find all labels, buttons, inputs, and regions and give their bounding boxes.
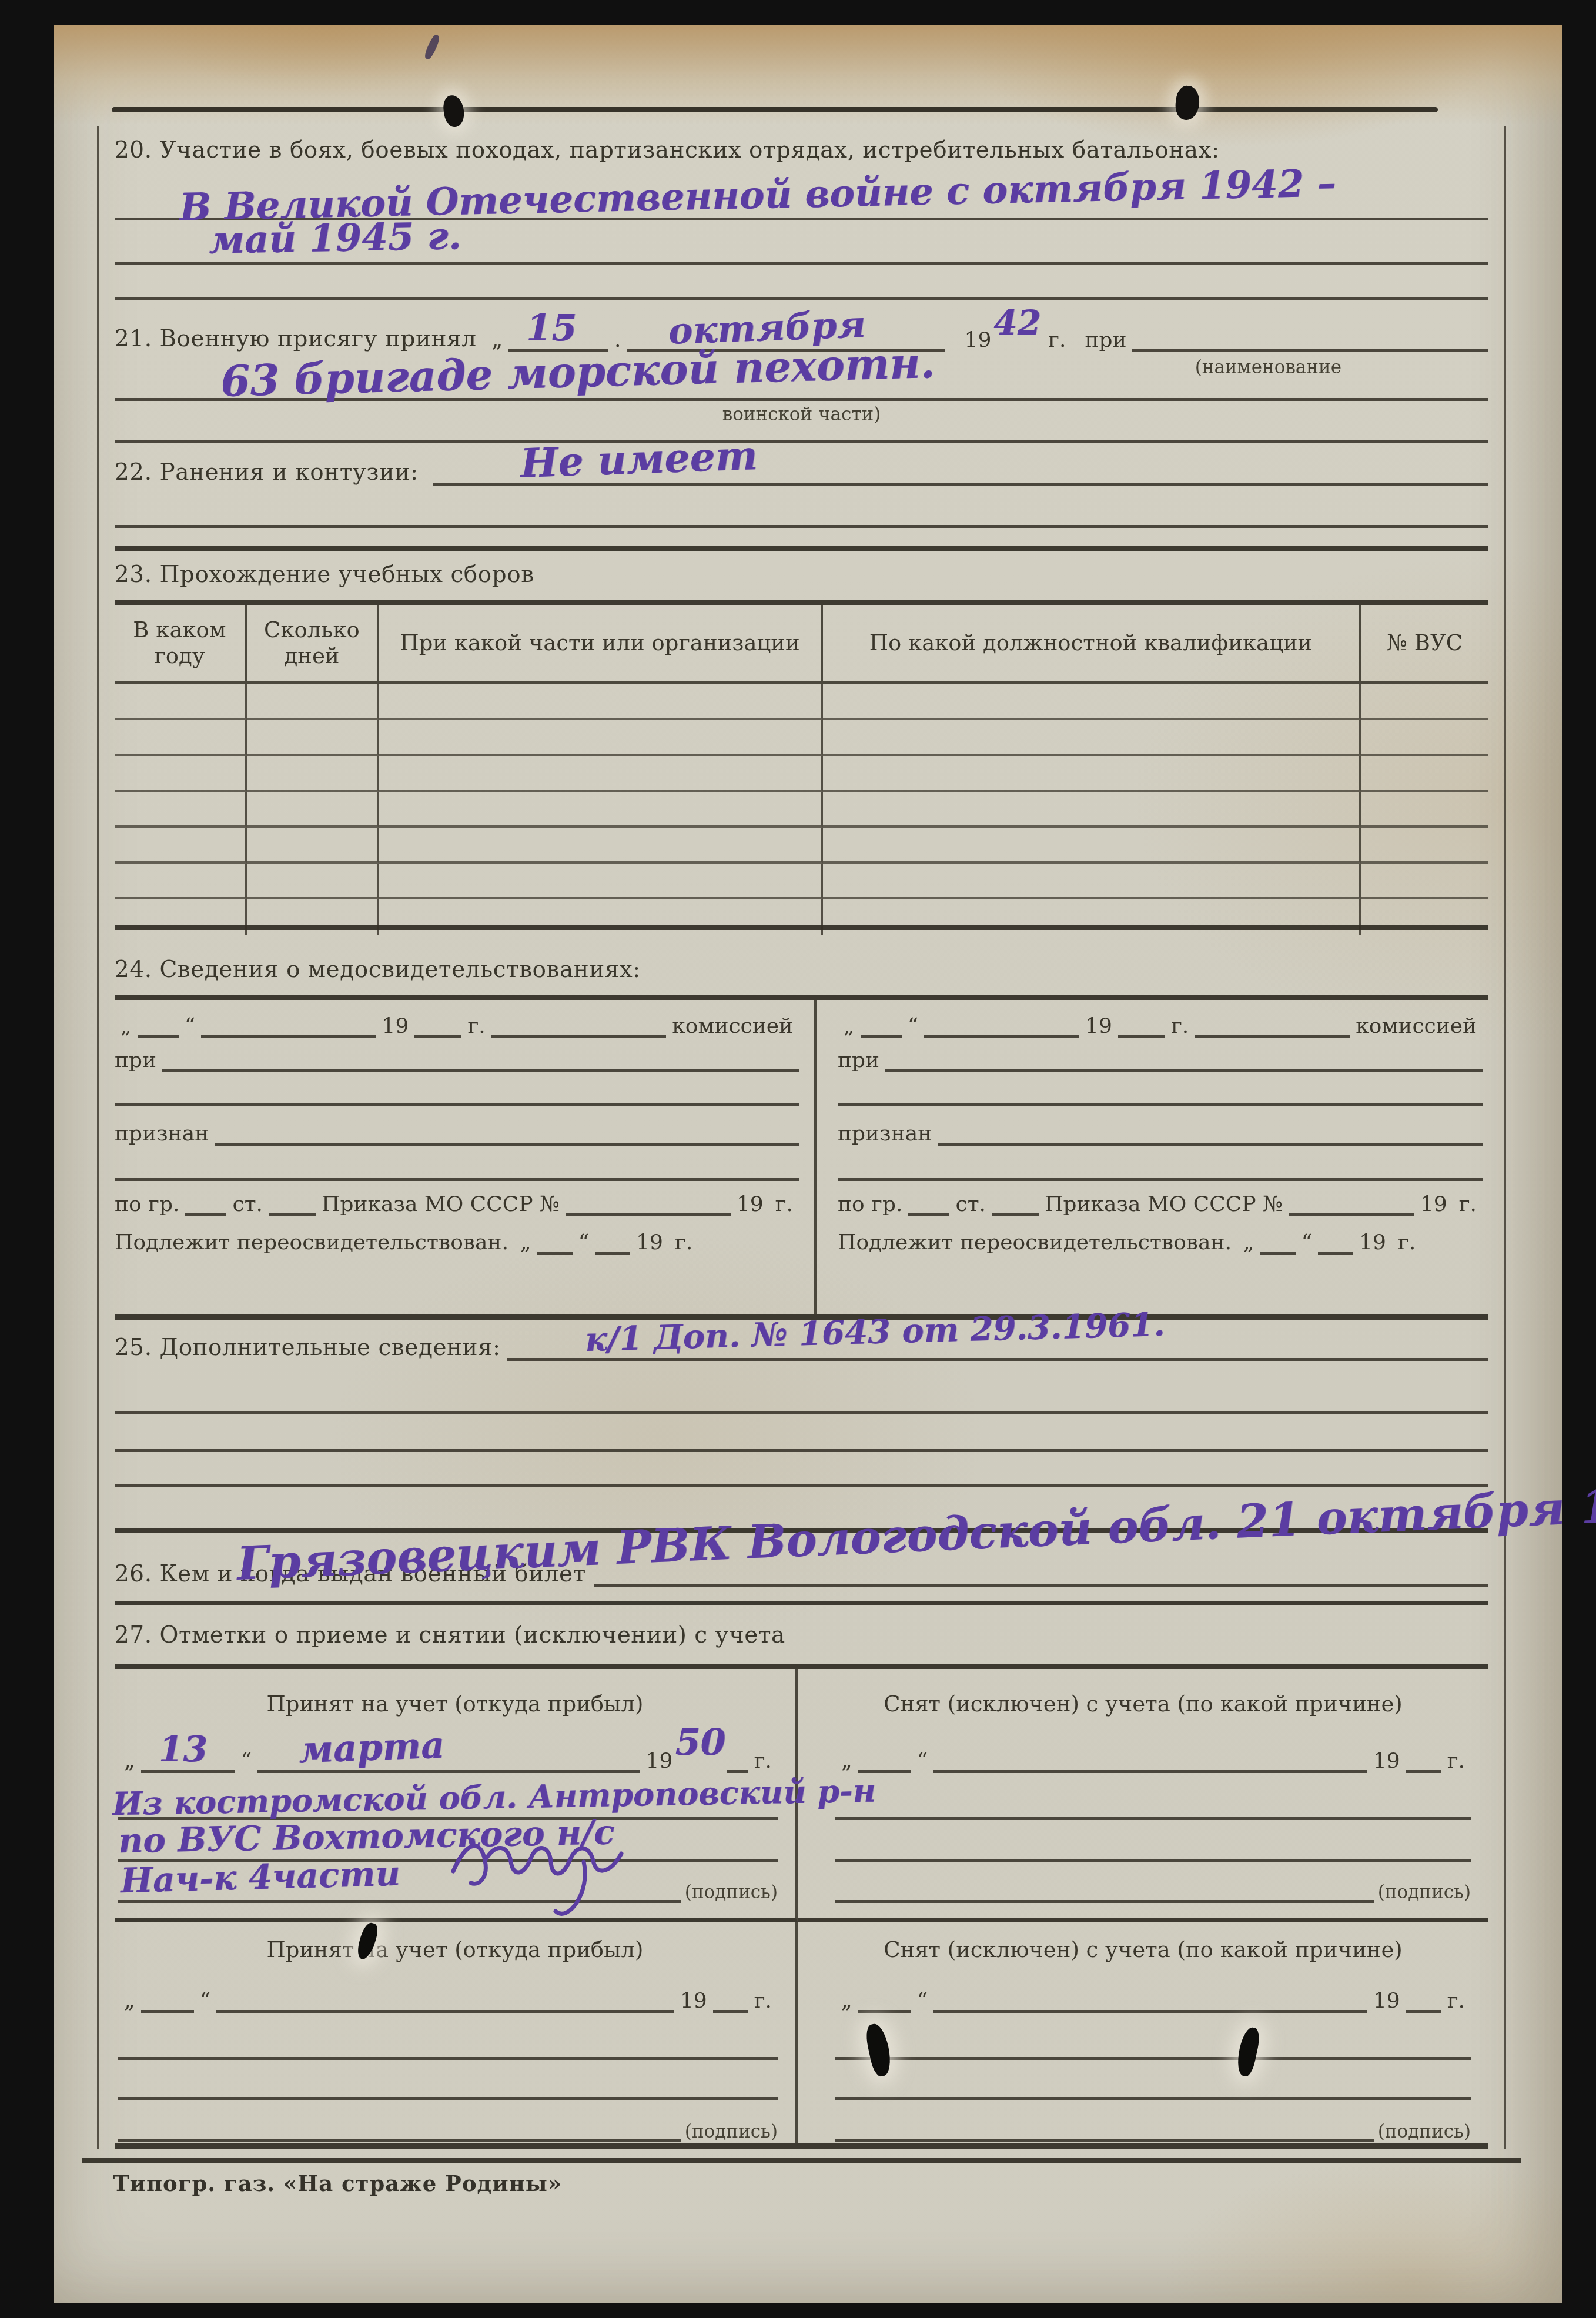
year-prefix: 19	[965, 328, 992, 352]
item21-unit-line: 63 бригаде морской пехотн.	[115, 357, 1488, 401]
item20-label: 20. Участие в боях, боевых походах, парт…	[115, 137, 1488, 163]
item24-label-text: 24. Сведения о медосвидетельствованиях:	[115, 956, 641, 983]
year-prefix: 19	[1373, 1749, 1400, 1773]
item20-label-text: 20. Участие в боях, боевых походах, парт…	[115, 137, 1220, 163]
section-divider	[115, 546, 1488, 551]
table-cell	[115, 720, 247, 756]
ruled-row	[115, 1146, 799, 1181]
cell-header: Снят (исключен) с учета (по какой причин…	[798, 1691, 1488, 1717]
table-cell	[823, 899, 1361, 935]
year-prefix: 19	[382, 1014, 409, 1038]
item25-label-text: 25. Дополнительные сведения:	[115, 1334, 501, 1361]
item22-label-text: 22. Ранения и контузии:	[115, 459, 419, 486]
table-cell	[379, 684, 823, 720]
table-cell	[379, 792, 823, 828]
ruled-line	[1132, 349, 1488, 352]
year-prefix: 19	[1420, 1192, 1447, 1216]
at-word: при	[838, 1048, 879, 1072]
ruled-line	[118, 2139, 681, 2142]
med-reexam-line: Подлежит переосвидетельствован. „ “ 19 г…	[115, 1216, 799, 1255]
handwritten-month: марта	[298, 1724, 446, 1772]
medical-table: „ “ 19 г. комиссией при признан	[115, 995, 1488, 1320]
item23-label-text: 23. Прохождение учебных сборов	[115, 561, 534, 588]
table-cell	[115, 828, 247, 864]
year-suffix: г.	[1447, 1749, 1465, 1773]
medical-column-left: „ “ 19 г. комиссией при признан	[115, 1000, 817, 1314]
year-suffix: г.	[1048, 328, 1066, 352]
item20-entry-line1: В Великой Отечественной войне с октября …	[115, 162, 1488, 220]
ruled-row	[118, 2013, 778, 2060]
ruled-line	[115, 262, 1488, 300]
med-date-line: „ “ 19 г. комиссией	[115, 1000, 799, 1038]
ruled-row	[118, 2057, 778, 2100]
table-cell	[1361, 756, 1488, 792]
table-cell	[115, 792, 247, 828]
table-cell	[379, 756, 823, 792]
caption-voinskoy-chasti: воинской части)	[115, 404, 1488, 425]
table-cell	[115, 684, 247, 720]
recognized-word: признан	[115, 1122, 209, 1146]
table-cell	[1361, 684, 1488, 720]
table-cell	[823, 720, 1361, 756]
ruled-line	[1260, 1252, 1296, 1255]
open-quote: „	[124, 1749, 135, 1773]
ruled-line	[835, 1900, 1374, 1903]
column-header-unit: При какой части или организации	[379, 605, 823, 684]
ruled-line	[115, 423, 1488, 443]
open-quote: „	[1243, 1230, 1254, 1255]
section-divider	[115, 1601, 1488, 1605]
table-cell	[1361, 792, 1488, 828]
punch-hole	[441, 94, 466, 128]
med-pri-line: при	[838, 1038, 1483, 1072]
column-header-qualification: По какой должностной квалификации	[823, 605, 1361, 684]
at-word: при	[1085, 328, 1126, 352]
signature-line: (подпись) Нач-к 4части	[118, 1859, 778, 1903]
reexam-text: Подлежит переосвидетельствован.	[115, 1230, 508, 1255]
table-cell	[115, 756, 247, 792]
registration-cell-in-2: Принят на учет (откуда прибыл) „ “ 19 г.…	[115, 1922, 798, 2143]
top-rule	[112, 107, 1438, 112]
po-gr: по гр.	[115, 1192, 179, 1216]
table-cell	[247, 756, 379, 792]
table-cell	[379, 899, 823, 935]
item24-label: 24. Сведения о медосвидетельствованиях:	[115, 956, 1488, 983]
punch-hole	[1174, 85, 1201, 121]
table-cell	[247, 828, 379, 864]
med-order-line: по гр. ст. Приказа МО СССР № 19 г.	[115, 1181, 799, 1216]
cell-header: Принят на учет (откуда прибыл)	[115, 1691, 795, 1717]
handwritten-day: 13	[159, 1729, 208, 1770]
close-quote: “	[917, 1989, 928, 2013]
column-header-days: Сколько дней	[247, 605, 379, 684]
open-quote: „	[841, 1749, 852, 1773]
signature-line: (подпись)	[835, 2097, 1471, 2142]
year-suffix: г.	[467, 1014, 485, 1038]
date-line: „ “ 19 г.	[118, 1971, 778, 2013]
signature-caption: (подпись)	[685, 1882, 778, 1903]
st: ст.	[955, 1192, 986, 1216]
training-table: В каком году Сколько дней При какой част…	[115, 600, 1488, 930]
reexam-text: Подлежит переосвидетельствован.	[838, 1230, 1232, 1255]
registration-table: Принят на учет (откуда прибыл) „ 13 “ ма…	[115, 1664, 1488, 2149]
ruled-row	[835, 2057, 1471, 2100]
commission-word: комиссией	[1356, 1014, 1477, 1038]
table-cell	[379, 720, 823, 756]
recognized-word: признан	[838, 1122, 932, 1146]
handwritten-year: 50	[675, 1721, 725, 1764]
handwritten-year: 42	[993, 303, 1041, 343]
close-quote: “	[185, 1014, 195, 1038]
table-cell	[1361, 828, 1488, 864]
medical-column-right: „ “ 19 г. комиссией при признан	[817, 1000, 1488, 1314]
table-cell	[379, 864, 823, 899]
item20-entry-line2: май 1945 г.	[115, 218, 1488, 265]
table-cell	[823, 684, 1361, 720]
table-cell	[379, 828, 823, 864]
year-prefix: 19	[646, 1749, 673, 1773]
ruled-row	[835, 2013, 1471, 2060]
ruled-row	[838, 1146, 1483, 1181]
signature-caption: (подпись)	[685, 2121, 778, 2142]
close-quote: “	[241, 1749, 252, 1773]
year-prefix: 19	[636, 1230, 663, 1255]
table-cell	[115, 864, 247, 899]
year-suffix: г.	[1447, 1989, 1465, 2013]
handwritten-entry: май 1945 г.	[208, 214, 461, 262]
open-quote: „	[844, 1014, 855, 1038]
po-gr: по гр.	[838, 1192, 902, 1216]
table-cell	[823, 756, 1361, 792]
item21-label-text: 21. Военную присягу принял	[115, 326, 476, 352]
year-suffix: г.	[754, 1989, 772, 2013]
table-cell	[1361, 720, 1488, 756]
year-suffix: г.	[1398, 1230, 1416, 1255]
table-cell	[247, 864, 379, 899]
ruled-line	[595, 1252, 630, 1255]
page-background: { "document": { "punct": { "open_quote":…	[0, 0, 1596, 2318]
ruled-row	[835, 1772, 1471, 1820]
handwritten-entry: Не имеет	[520, 432, 758, 487]
handwritten-day: 15	[526, 306, 577, 349]
close-quote: “	[200, 1989, 210, 2013]
table-cell	[247, 899, 379, 935]
med-order-line: по гр. ст. Приказа МО СССР № 19 г.	[838, 1181, 1483, 1216]
med-pri-line: при	[115, 1038, 799, 1072]
ruled-line	[115, 1411, 1488, 1452]
ruled-row	[835, 1817, 1471, 1862]
column-header-year: В каком году	[115, 605, 247, 684]
ruled-line	[115, 486, 1488, 528]
open-quote: „	[121, 1014, 132, 1038]
table-cell	[247, 684, 379, 720]
table-cell	[823, 864, 1361, 899]
commission-word: комиссией	[672, 1014, 793, 1038]
origin-line1: Из костромской обл. Антроповский р-н	[118, 1772, 778, 1820]
year-suffix: г.	[1459, 1192, 1477, 1216]
table-cell	[247, 720, 379, 756]
bottom-rule	[82, 2158, 1521, 2163]
printer-imprint: Типогр. газ. «На страже Родины»	[113, 2170, 562, 2196]
cell-header: Снят (исключен) с учета (по какой причин…	[798, 1937, 1488, 1962]
table-cell	[247, 792, 379, 828]
item27-label: 27. Отметки о приеме и снятии (исключени…	[115, 1622, 1488, 1648]
year-prefix: 19	[1085, 1014, 1112, 1038]
item22-wounds-line: 22. Ранения и контузии: Не имеет	[115, 444, 1488, 486]
year-suffix: г.	[754, 1749, 772, 1773]
year-prefix: 19	[680, 1989, 707, 2013]
table-cell	[1361, 864, 1488, 899]
year-suffix: г.	[675, 1230, 692, 1255]
item26-line: 26. Кем и когда выдан военный билет Гряз…	[115, 1534, 1488, 1587]
ruled-line	[115, 1449, 1488, 1487]
close-quote: “	[908, 1014, 918, 1038]
med-reexam-line: Подлежит переосвидетельствован. „ “ 19 г…	[838, 1216, 1483, 1255]
ruled-row	[115, 1072, 799, 1106]
close-quote: “	[1301, 1230, 1312, 1255]
paper-sheet: 20. Участие в боях, боевых походах, парт…	[54, 25, 1562, 2303]
close-quote: “	[578, 1230, 589, 1255]
table-cell	[1361, 899, 1488, 935]
signature-line: (подпись)	[835, 1859, 1471, 1903]
date-line: „ “ 19 г.	[835, 1971, 1471, 2013]
med-date-line: „ “ 19 г. комиссией	[838, 1000, 1483, 1038]
at-word: при	[115, 1048, 156, 1072]
st: ст.	[232, 1192, 263, 1216]
signature-line: (подпись)	[118, 2097, 778, 2142]
ruled-line	[1318, 1252, 1353, 1255]
order-text: Приказа МО СССР №	[1045, 1192, 1283, 1216]
registration-cell-out-1: Снят (исключен) с учета (по какой причин…	[798, 1669, 1488, 1922]
form-body: 20. Участие в боях, боевых походах, парт…	[97, 126, 1506, 2149]
table-cell	[823, 828, 1361, 864]
date-line: „ “ 19 г.	[835, 1725, 1471, 1773]
med-recognized-line: признан	[115, 1106, 799, 1146]
close-quote: “	[917, 1749, 928, 1773]
ruled-line	[835, 2139, 1374, 2142]
ruled-row	[838, 1072, 1483, 1106]
cell-header: Принят на учет (откуда прибыл)	[115, 1937, 795, 1962]
table-cell	[115, 899, 247, 935]
ink-mark	[423, 34, 441, 61]
registration-cell-out-2: Снят (исключен) с учета (по какой причин…	[798, 1922, 1488, 2143]
registration-cell-in-1: Принят на учет (откуда прибыл) „ 13 “ ма…	[115, 1669, 798, 1922]
ruled-line	[594, 1584, 1488, 1587]
signature-caption: (подпись)	[1378, 2121, 1471, 2142]
caption-text: воинской части)	[722, 404, 881, 425]
signature-flourish	[447, 1830, 635, 1930]
ruled-line	[537, 1252, 573, 1255]
open-quote: „	[124, 1989, 135, 2013]
order-text: Приказа МО СССР №	[322, 1192, 560, 1216]
year-suffix: г.	[1171, 1014, 1189, 1038]
handwritten-rank: Нач-к 4части	[120, 1854, 400, 1901]
item25-line: 25. Дополнительные сведения: к/1 Доп. № …	[115, 1326, 1488, 1361]
year-suffix: г.	[775, 1192, 793, 1216]
open-quote: „	[520, 1230, 531, 1255]
open-quote: „	[841, 1989, 852, 2013]
table-cell	[823, 792, 1361, 828]
year-prefix: 19	[737, 1192, 764, 1216]
date-line: „ 13 “ марта 19 50 г.	[118, 1725, 778, 1773]
ruled-line	[115, 1361, 1488, 1414]
signature-caption: (подпись)	[1378, 1882, 1471, 1903]
item23-label: 23. Прохождение учебных сборов	[115, 561, 1488, 588]
med-recognized-line: признан	[838, 1106, 1483, 1146]
year-prefix: 19	[1359, 1230, 1386, 1255]
item27-label-text: 27. Отметки о приеме и снятии (исключени…	[115, 1622, 785, 1648]
year-prefix: 19	[1373, 1989, 1400, 2013]
column-header-vus: № ВУС	[1361, 605, 1488, 684]
